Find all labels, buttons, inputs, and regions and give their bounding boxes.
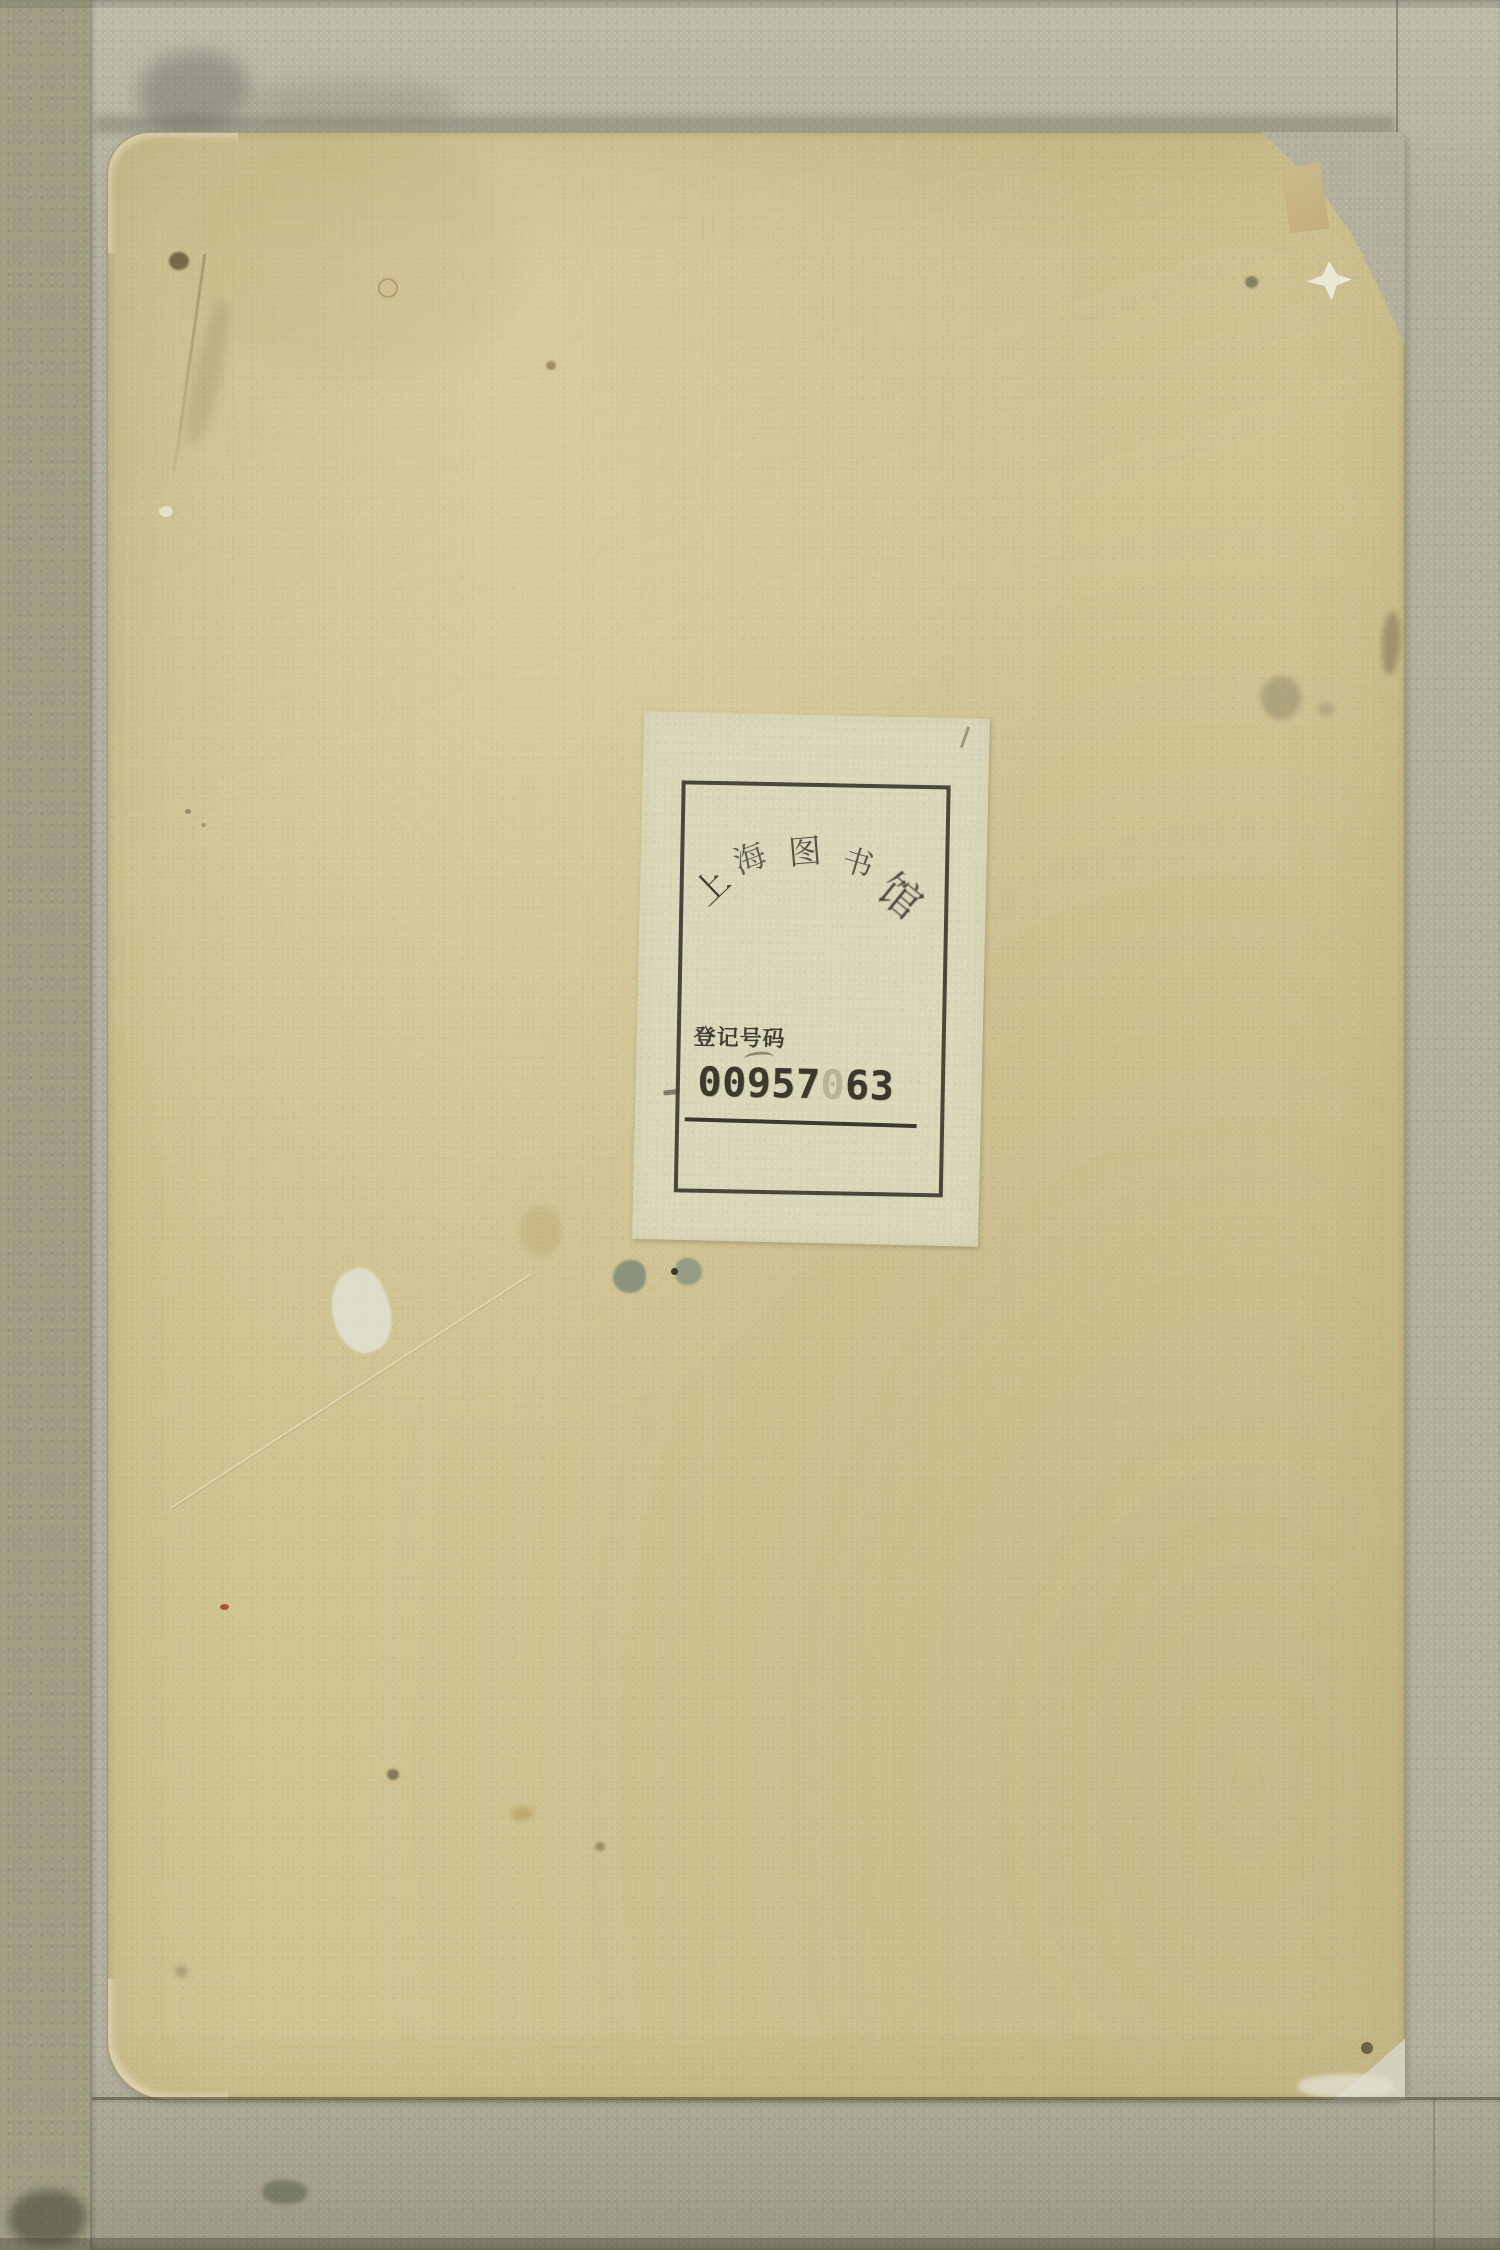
stain xyxy=(159,506,173,517)
stain xyxy=(511,1806,533,1821)
stain xyxy=(220,1604,229,1610)
stain xyxy=(175,1966,188,1977)
shadow xyxy=(0,0,1500,8)
crease-line xyxy=(1396,0,1398,136)
stain xyxy=(1261,676,1301,720)
scanned-book-photo: 上 海 图 书 馆 登记号码 00957063 xyxy=(0,0,1500,2250)
cover-bottom-edge-line xyxy=(92,2097,1500,2100)
shadow xyxy=(0,2238,1500,2250)
registration-number: 00957063 xyxy=(697,1062,895,1106)
book-cover: 上 海 图 书 馆 登记号码 00957063 xyxy=(107,132,1405,2100)
stain xyxy=(613,1260,646,1293)
registration-number-part: 00957 xyxy=(697,1059,821,1108)
stain xyxy=(1245,276,1258,288)
stain xyxy=(185,809,191,814)
stain xyxy=(180,297,237,449)
smudge xyxy=(262,2180,308,2204)
stain xyxy=(1317,702,1335,716)
stain xyxy=(1380,611,1401,676)
crease-line xyxy=(1433,2098,1435,2250)
stain xyxy=(1361,2042,1373,2054)
registration-number-part: 63 xyxy=(845,1063,895,1110)
pencil-mark xyxy=(960,726,970,748)
stain xyxy=(671,1268,678,1275)
stain xyxy=(387,1769,399,1780)
stain xyxy=(595,1842,605,1851)
library-label: 上 海 图 书 馆 登记号码 00957063 xyxy=(632,711,990,1247)
stain xyxy=(319,1262,402,1361)
stamp-character: 图 xyxy=(787,834,823,870)
stain xyxy=(201,823,206,827)
registration-caption: 登记号码 xyxy=(693,1027,785,1051)
pen-mark xyxy=(744,1051,775,1066)
stain xyxy=(186,128,516,378)
stain xyxy=(546,361,556,370)
registration-number-part-faint: 0 xyxy=(820,1062,846,1109)
stain xyxy=(519,1205,563,1257)
stain xyxy=(675,1258,702,1285)
